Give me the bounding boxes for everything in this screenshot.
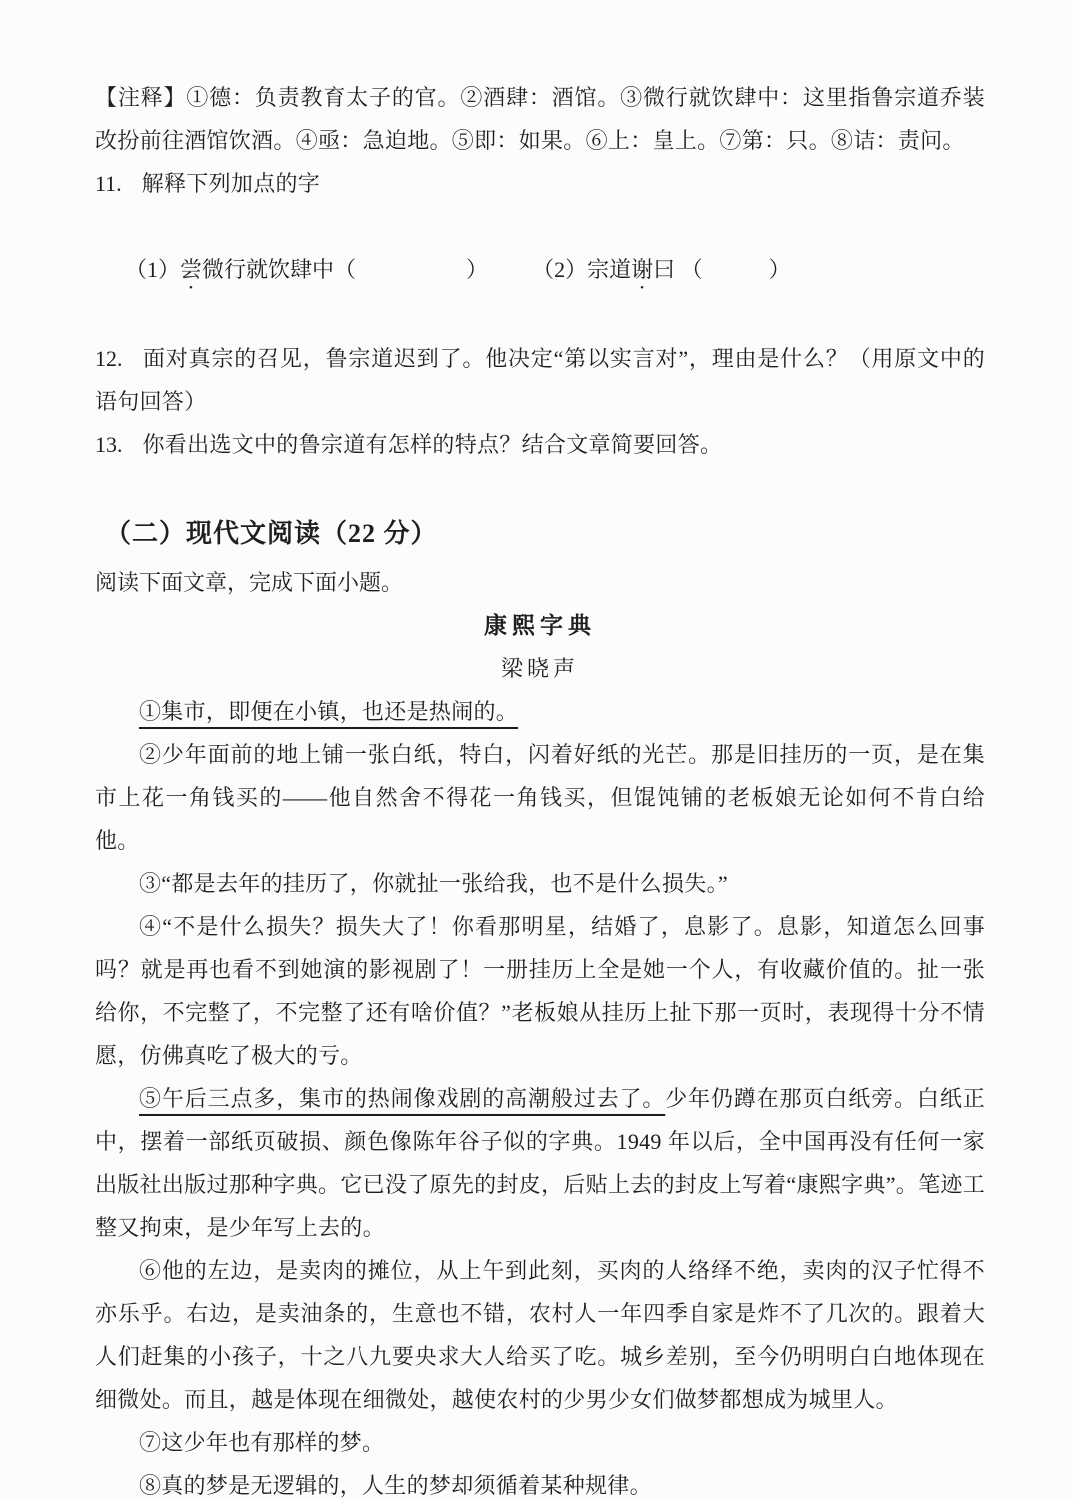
- article-paragraph-5: ⑤午后三点多，集市的热闹像戏剧的高潮般过去了。少年仍蹲在那页白纸旁。白纸正中，摆…: [95, 1077, 985, 1249]
- paragraph-3-text: ③“都是去年的挂历了，你就扯一张给我，也不是什么损失。”: [139, 871, 728, 896]
- question-11-text: 解释下列加点的字: [142, 171, 320, 196]
- paragraph-2-text: ②少年面前的地上铺一张白纸，特白，闪着好纸的光芒。那是旧挂历的一页，是在集市上花…: [95, 742, 985, 853]
- paragraph-1-underlined-text: ①集市，即便在小镇，也还是热闹的。: [139, 699, 518, 724]
- question-13: 13.你看出选文中的鲁宗道有怎样的特点？结合文章简要回答。: [95, 423, 985, 466]
- article-paragraph-1: ①集市，即便在小镇，也还是热闹的。: [95, 690, 985, 733]
- sub-question-2-text-with-blank: 曰 （ ）: [653, 257, 791, 282]
- article-author: 梁晓声: [95, 647, 985, 690]
- article-paragraph-6: ⑥他的左边，是卖肉的摊位，从上午到此刻，买肉的人络绎不绝，卖肉的汉子忙得不亦乐乎…: [95, 1249, 985, 1421]
- question-13-text: 你看出选文中的鲁宗道有怎样的特点？结合文章简要回答。: [143, 432, 723, 457]
- reading-intro: 阅读下面文章，完成下面小题。: [95, 561, 985, 604]
- paragraph-6-text: ⑥他的左边，是卖肉的摊位，从上午到此刻，买肉的人络绎不绝，卖肉的汉子忙得不亦乐乎…: [95, 1258, 985, 1412]
- section-heading: （二）现代文阅读（22 分）: [95, 506, 985, 561]
- sub-question-1-prefix: （1）: [125, 257, 180, 282]
- article-body: ①集市，即便在小镇，也还是热闹的。 ②少年面前的地上铺一张白纸，特白，闪着好纸的…: [95, 690, 985, 1500]
- question-12-text: 面对真宗的召见，鲁宗道迟到了。他决定“第以实言对”，理由是什么？（用原文中的语句…: [95, 346, 985, 414]
- sub-question-gap: [477, 257, 543, 282]
- question-12: 12.面对真宗的召见，鲁宗道迟到了。他决定“第以实言对”，理由是什么？（用原文中…: [95, 337, 985, 423]
- question-11-number: 11.: [95, 162, 122, 205]
- article-paragraph-4: ④“不是什么损失？损失大了！你看那明星，结婚了，息影了。息影，知道怎么回事吗？就…: [95, 905, 985, 1077]
- question-12-number: 12.: [95, 337, 123, 380]
- sub-question-2-dotted-char: 谢: [631, 257, 653, 282]
- article-paragraph-3: ③“都是去年的挂历了，你就扯一张给我，也不是什么损失。”: [95, 862, 985, 905]
- article-title: 康熙字典: [95, 604, 985, 647]
- article-paragraph-7: ⑦这少年也有那样的梦。: [95, 1421, 985, 1464]
- article-paragraph-2: ②少年面前的地上铺一张白纸，特白，闪着好纸的光芒。那是旧挂历的一页，是在集市上花…: [95, 733, 985, 862]
- question-13-number: 13.: [95, 423, 123, 466]
- paragraph-5-underlined-text: ⑤午后三点多，集市的热闹像戏剧的高潮般过去了。: [139, 1086, 665, 1111]
- sub-question-2-prefix: （2）宗道: [543, 257, 631, 282]
- question-11-subparts: （1）尝微行就饮肆中（ ） （2）宗道谢曰 （ ）: [95, 205, 985, 337]
- article-paragraph-8: ⑧真的梦是无逻辑的，人生的梦却须循着某种规律。: [95, 1464, 985, 1500]
- paragraph-8-text: ⑧真的梦是无逻辑的，人生的梦却须循着某种规律。: [139, 1473, 652, 1498]
- notes-paragraph: 【注释】①德：负责教育太子的官。②酒肆：酒馆。③微行就饮肆中：这里指鲁宗道乔装改…: [95, 76, 985, 162]
- sub-question-1-text-with-blank: 微行就饮肆中（ ）: [202, 257, 477, 282]
- sub-question-1-dotted-char: 尝: [180, 257, 202, 282]
- paragraph-7-text: ⑦这少年也有那样的梦。: [139, 1430, 384, 1455]
- notes-text: 【注释】①德：负责教育太子的官。②酒肆：酒馆。③微行就饮肆中：这里指鲁宗道乔装改…: [95, 85, 985, 153]
- paragraph-4-text: ④“不是什么损失？损失大了！你看那明星，结婚了，息影了。息影，知道怎么回事吗？就…: [95, 914, 985, 1068]
- question-11: 11.解释下列加点的字: [95, 162, 985, 205]
- document-page: 【注释】①德：负责教育太子的官。②酒肆：酒馆。③微行就饮肆中：这里指鲁宗道乔装改…: [0, 0, 1073, 1500]
